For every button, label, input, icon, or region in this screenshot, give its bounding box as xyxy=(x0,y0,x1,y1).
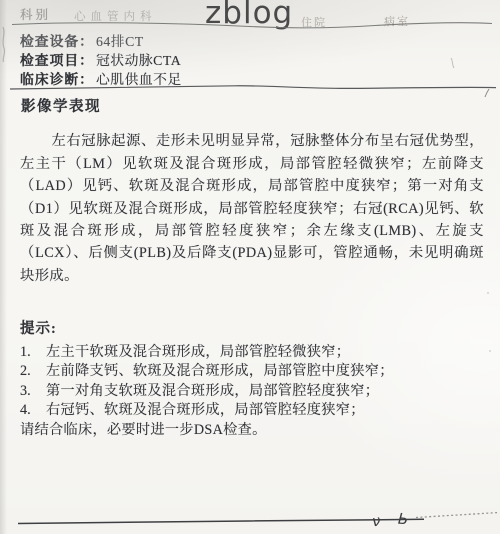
hint-text: 左前降支钙、软斑及混合斑形成，局部管腔中度狭窄； xyxy=(46,362,394,381)
clinical-diagnosis-label: 临床诊断： xyxy=(20,72,94,87)
handwritten-mark: ν xyxy=(371,512,382,531)
hint-number: 2. xyxy=(20,362,46,381)
exam-info-block: 检查设备：64排CT 检查项目：冠状动脉CTA 临床诊断：心肌供血不足 xyxy=(20,30,182,88)
hint-text: 左主干软斑及混合斑形成，局部管腔轻微狭窄； xyxy=(46,343,350,362)
scanned-report-page: 科别 心血管内科 zblog 住院 病室 检查设备：64排CT 检查项目：冠状动… xyxy=(0,0,500,534)
scan-tick-artifact xyxy=(485,89,489,97)
findings-paragraph: 左右冠脉起源、走形未见明显异常，冠脉整体分布呈右冠优势型，左主干（LM）见软斑及… xyxy=(20,130,484,287)
exam-item-value: 冠状动脉CTA xyxy=(96,53,181,68)
hints-list: 1. 左主干软斑及混合斑形成，局部管腔轻微狭窄； 2. 左前降支钙、软斑及混合斑… xyxy=(20,343,492,440)
hint-item: 4. 右冠钙、软斑及混合斑形成，局部管腔轻度狭窄； xyxy=(20,401,492,420)
hint-item: 2. 左前降支钙、软斑及混合斑形成，局部管腔中度狭窄； xyxy=(20,362,492,381)
exam-device-label: 检查设备： xyxy=(20,34,94,49)
hint-number: 4. xyxy=(20,401,46,420)
department-label: 科别 xyxy=(20,5,51,23)
zblog-watermark: zblog xyxy=(205,0,293,30)
findings-heading: 影像学表现 xyxy=(21,95,101,116)
hint-item: 1. 左主干软斑及混合斑形成，局部管腔轻微狭窄； xyxy=(20,343,492,362)
handwritten-mark: Ь xyxy=(397,510,409,529)
hint-number: 3. xyxy=(20,382,46,401)
exam-item-label: 检查项目： xyxy=(20,53,94,68)
exam-device-row: 检查设备：64排CT xyxy=(20,30,182,49)
exam-device-value: 64排CT xyxy=(96,34,144,49)
hint-number: 1. xyxy=(20,343,46,362)
scan-speck xyxy=(489,350,491,352)
scan-smudge-artifact xyxy=(451,58,454,68)
clinical-diagnosis-row: 临床诊断：心肌供血不足 xyxy=(20,68,182,87)
hint-text: 第一对角支软斑及混合斑形成，局部管腔轻度狭窄； xyxy=(46,382,379,401)
exam-item-row: 检查项目：冠状动脉CTA xyxy=(20,49,182,68)
clinical-diagnosis-value: 心肌供血不足 xyxy=(96,72,182,87)
inpatient-label: 住院 xyxy=(301,14,327,30)
hint-text: 右冠钙、软斑及混合斑形成，局部管腔轻度狭窄； xyxy=(46,401,365,420)
handwritten-dashed-mark xyxy=(416,513,499,518)
ward-label: 病室 xyxy=(384,13,410,29)
department-handwritten-value: 心血管内科 xyxy=(74,8,157,24)
hint-item: 3. 第一对角支软斑及混合斑形成，局部管腔轻度狭窄； xyxy=(20,382,492,401)
scan-speck xyxy=(455,211,457,213)
bottom-rule-line xyxy=(18,519,424,523)
pencil-squiggle-artifact xyxy=(3,27,5,62)
hints-heading: 提示: xyxy=(20,317,57,338)
closing-advice: 请结合临床，必要时进一步DSA检查。 xyxy=(20,421,492,440)
scan-speck xyxy=(487,292,489,294)
